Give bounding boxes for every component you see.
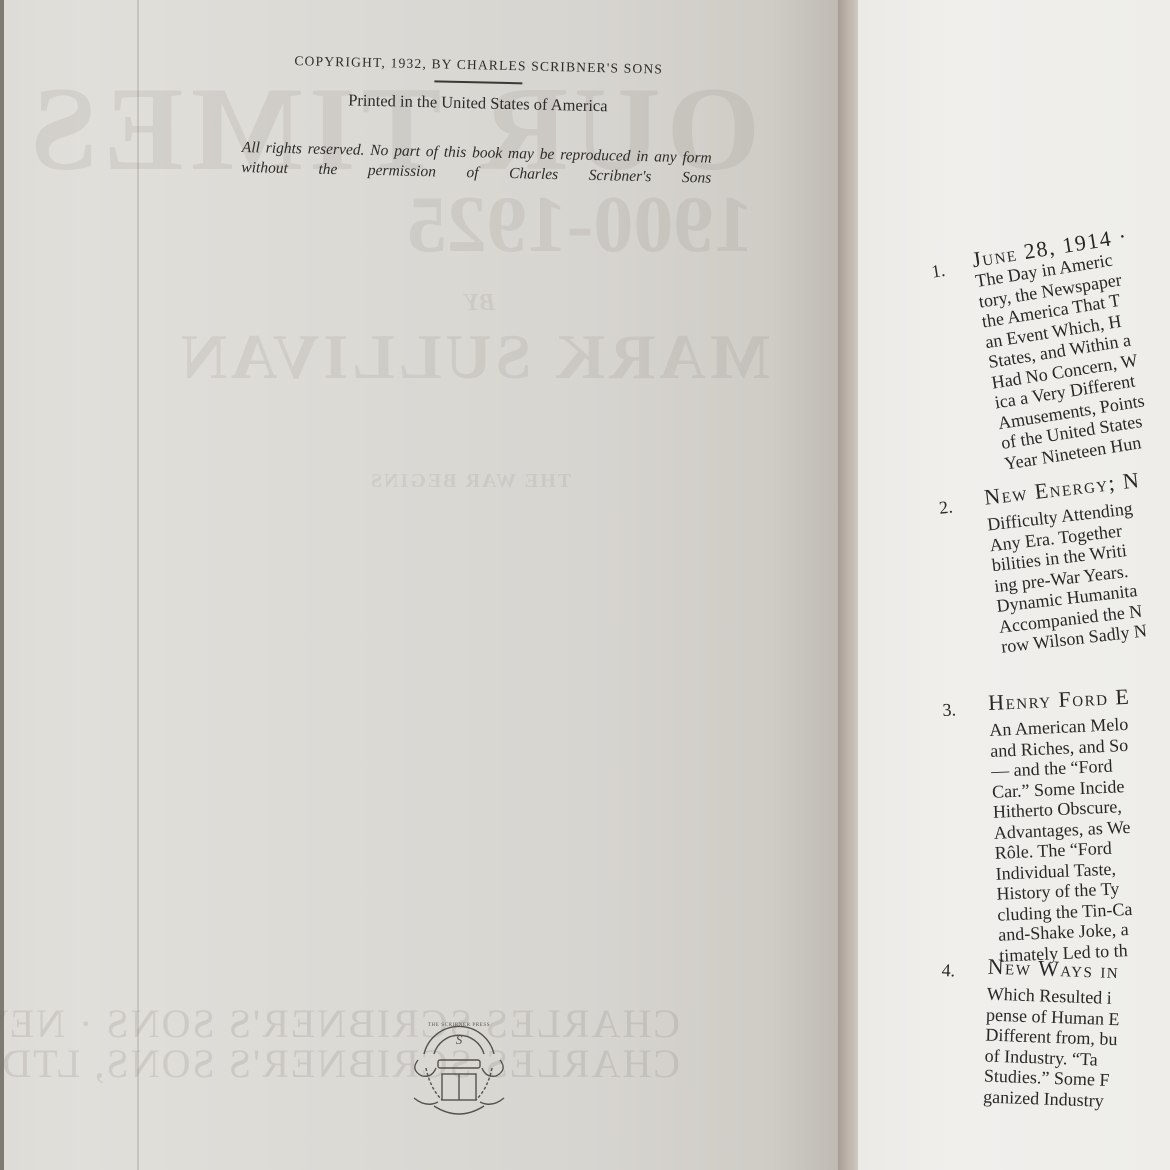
svg-text:S: S: [456, 1032, 463, 1047]
left-page-copyright: OUR TIMES 1900-1925 BY MARK SULLIVAN THE…: [0, 0, 838, 1170]
book-spread: OUR TIMES 1900-1925 BY MARK SULLIVAN THE…: [0, 0, 1170, 1170]
toc-entry: 3. Henry Ford E An American Melo and Ric…: [942, 685, 1170, 700]
page-edge: [0, 0, 4, 1170]
desc-line: ganized Industry: [983, 1086, 1170, 1117]
copyright-notice: COPYRIGHT, 1932, BY CHARLES SCRIBNER'S S…: [244, 52, 714, 79]
show-through-by: BY: [420, 290, 540, 317]
show-through-subtitle: THE WAR BEGINS: [340, 470, 600, 493]
toc-entry-heading: New Ways in: [987, 954, 1119, 985]
copyright-block: COPYRIGHT, 1932, BY CHARLES SCRIBNER'S S…: [241, 52, 714, 188]
divider-rule: [434, 80, 522, 83]
toc-entry-number: 4.: [941, 960, 955, 981]
toc-entry-description: Which Resulted i pense of Human E Differ…: [983, 984, 1170, 1117]
table-of-contents: 1. June 28, 1914 · The Day in Americ tor…: [858, 0, 1170, 1170]
printed-in-notice: Printed in the United States of America: [243, 87, 713, 118]
book-gutter: [838, 0, 858, 1170]
right-page-contents: 1. June 28, 1914 · The Day in Americ tor…: [858, 0, 1170, 1170]
toc-entry-description: An American Melo and Riches, and So — an…: [989, 707, 1170, 966]
show-through-years: 1900-1925: [380, 180, 780, 271]
toc-entry: 4. New Ways in Which Resulted i pense of…: [942, 960, 1170, 972]
toc-entry-number: 1.: [930, 260, 947, 283]
toc-entry-number: 3.: [942, 699, 956, 721]
svg-text:THE SCRIBNER PRESS: THE SCRIBNER PRESS: [428, 1023, 490, 1028]
toc-entry: 1. June 28, 1914 · The Day in Americ tor…: [930, 209, 1170, 262]
toc-entry-heading: Henry Ford E: [988, 684, 1131, 716]
show-through-author: MARK SULLIVAN: [250, 320, 770, 394]
scribner-press-emblem-icon: S THE SCRIBNER PRESS: [404, 1002, 514, 1122]
toc-entry-number: 2.: [938, 496, 954, 518]
show-through-imprint-2: CHARLES SCRIBNER'S SONS, LTD · LONDON: [120, 1040, 680, 1087]
